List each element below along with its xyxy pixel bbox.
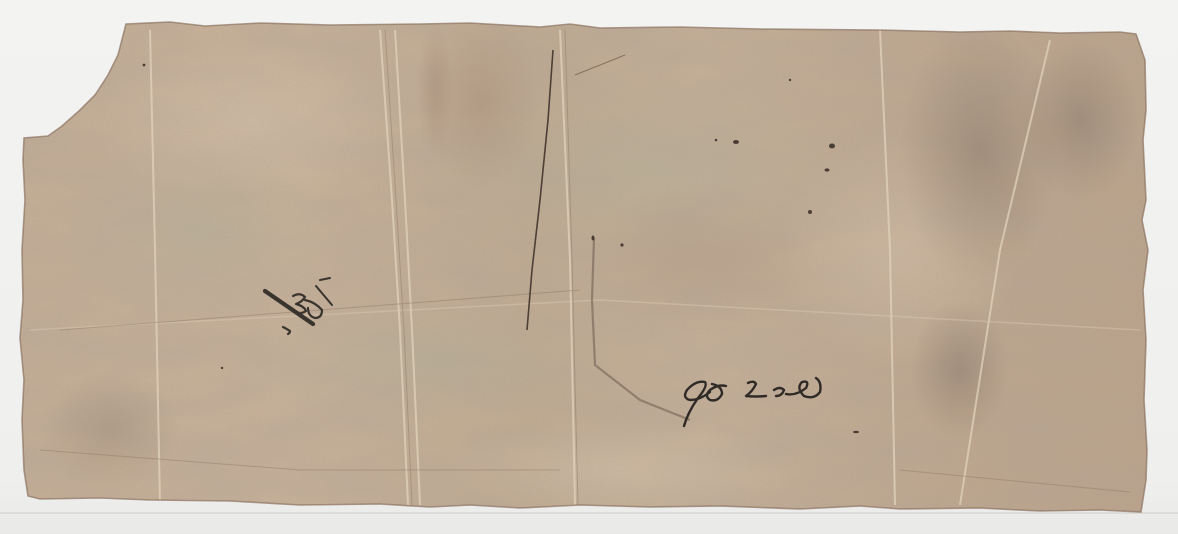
left-annotation-text: 1/3/4 [265, 290, 268, 291]
photo-scene: 1/3/4 28286 [0, 0, 1178, 534]
paper-surface [0, 0, 1178, 534]
right-annotation-text: 28286 [684, 380, 687, 381]
banknote-reverse [0, 0, 1178, 534]
